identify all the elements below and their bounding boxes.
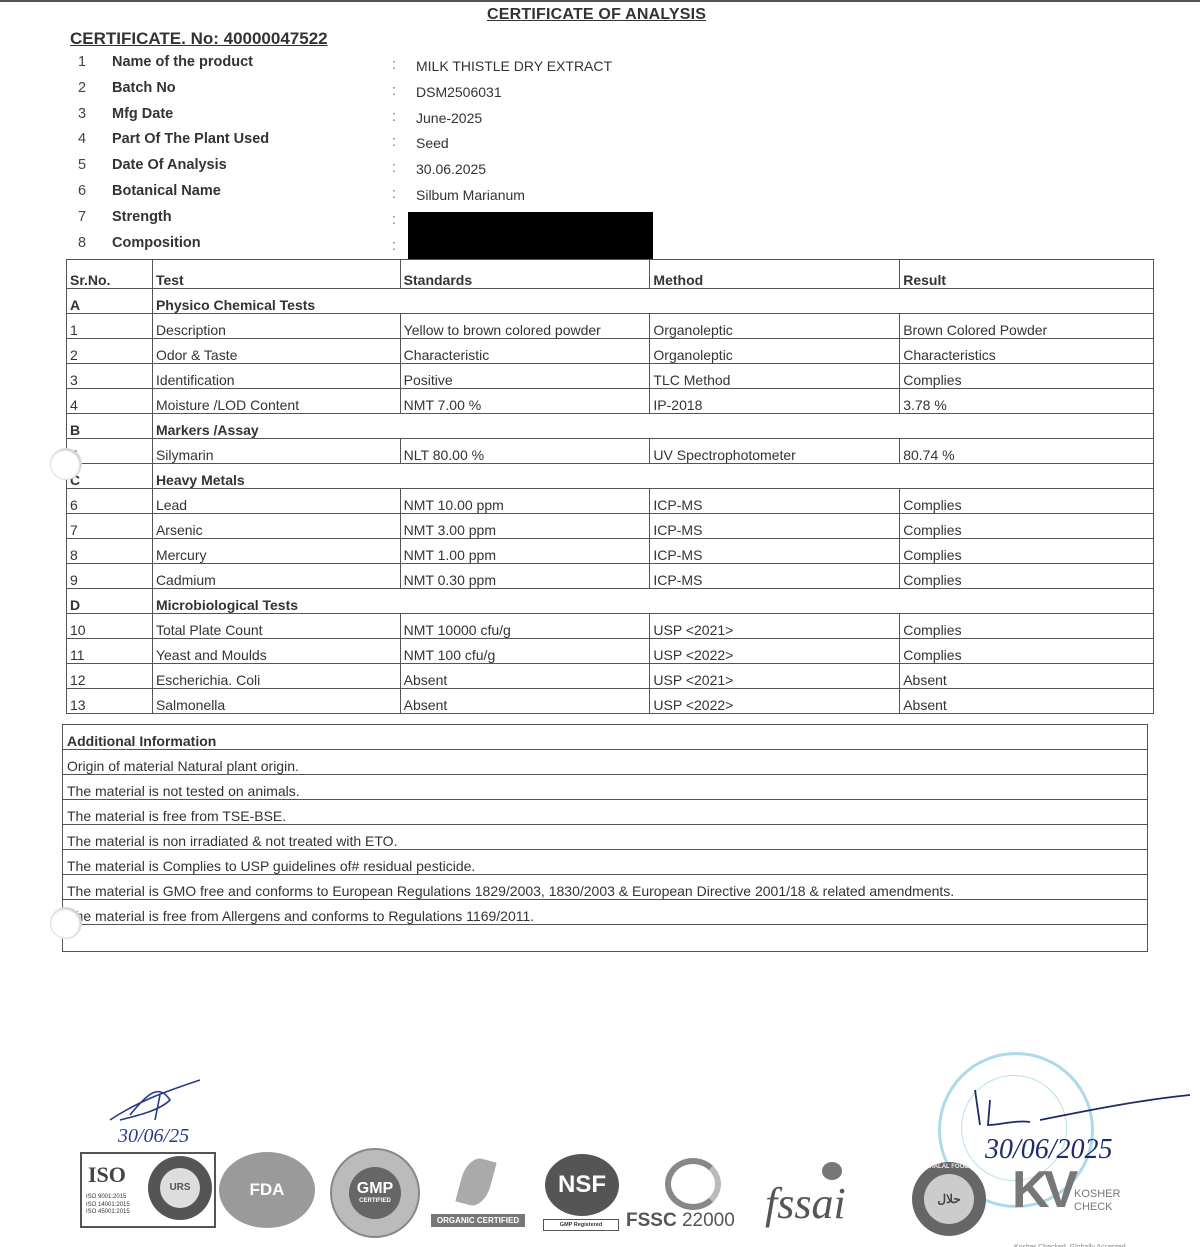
info-label: Botanical Name — [112, 183, 221, 199]
info-number: 4 — [78, 131, 86, 147]
cell-standard: NMT 1.00 ppm — [400, 539, 650, 564]
section-title: Heavy Metals — [152, 464, 1153, 489]
cell-standard: Yellow to brown colored powder — [400, 314, 650, 339]
additional-info-line: Origin of material Natural plant origin. — [63, 750, 1148, 775]
cell-result: Characteristics — [900, 339, 1154, 364]
info-label: Part Of The Plant Used — [112, 131, 269, 147]
info-value: Silbum Marianum — [416, 187, 525, 203]
iso-logo: ISO ISO 9001:2015 ISO 14001:2015 ISO 450… — [80, 1152, 216, 1228]
header-result: Result — [900, 260, 1154, 289]
cell-method: Organoleptic — [650, 314, 900, 339]
info-number: 2 — [78, 80, 86, 96]
cell-test: Description — [152, 314, 400, 339]
cell-method: ICP-MS — [650, 539, 900, 564]
fssai-logo: fssai — [765, 1178, 846, 1229]
cell-test: Moisture /LOD Content — [152, 389, 400, 414]
cell-standard: NLT 80.00 % — [400, 439, 650, 464]
additional-info-row: The material is GMO free and conforms to… — [63, 875, 1148, 900]
cell-result: Complies — [900, 639, 1154, 664]
section-title: Markers /Assay — [152, 414, 1153, 439]
cell-method: UV Spectrophotometer — [650, 439, 900, 464]
table-row: 13SalmonellaAbsentUSP <2022>Absent — [67, 689, 1154, 714]
table-header-row: Sr.No. Test Standards Method Result — [67, 260, 1154, 289]
info-number: 8 — [78, 235, 86, 251]
section-title: Physico Chemical Tests — [152, 289, 1153, 314]
additional-info-row: The material is non irradiated & not tre… — [63, 825, 1148, 850]
cell-sr-no: 3 — [67, 364, 153, 389]
additional-info-row: The material is Complies to USP guidelin… — [63, 850, 1148, 875]
additional-info-row: The material is free from Allergens and … — [63, 900, 1148, 925]
cell-standard: NMT 10000 cfu/g — [400, 614, 650, 639]
table-row: 7ArsenicNMT 3.00 ppmICP-MSComplies — [67, 514, 1154, 539]
table-row: 2Odor & TasteCharacteristicOrganolepticC… — [67, 339, 1154, 364]
certification-logos: ISO ISO 9001:2015 ISO 14001:2015 ISO 450… — [0, 1140, 1200, 1247]
additional-info-row: Origin of material Natural plant origin. — [63, 750, 1148, 775]
table-row: 6LeadNMT 10.00 ppmICP-MSComplies — [67, 489, 1154, 514]
additional-info-line: The material is not tested on animals. — [63, 775, 1148, 800]
cell-result: Absent — [900, 664, 1154, 689]
info-value: 30.06.2025 — [416, 161, 486, 177]
cell-method: ICP-MS — [650, 514, 900, 539]
cell-method: ICP-MS — [650, 564, 900, 589]
info-colon: : — [392, 238, 396, 254]
halal-logo: HALAL FOOD حلال — [912, 1162, 986, 1236]
cell-sr-no: 1 — [67, 314, 153, 339]
fda-logo: FDA — [219, 1152, 315, 1228]
section-title: Microbiological Tests — [152, 589, 1153, 614]
cell-sr-no: 8 — [67, 539, 153, 564]
cell-method: ICP-MS — [650, 489, 900, 514]
info-colon: : — [392, 57, 396, 73]
cell-result: Brown Colored Powder — [900, 314, 1154, 339]
fssc-ring-icon — [665, 1158, 721, 1210]
cell-standard: NMT 3.00 ppm — [400, 514, 650, 539]
info-label: Composition — [112, 235, 201, 251]
section-letter: A — [67, 289, 153, 314]
cell-sr-no: 2 — [67, 339, 153, 364]
info-row: 2Batch No:DSM2506031 — [70, 80, 770, 106]
table-row: 4Moisture /LOD ContentNMT 7.00 %IP-20183… — [67, 389, 1154, 414]
info-number: 1 — [78, 54, 86, 70]
info-row: 6Botanical Name:Silbum Marianum — [70, 183, 770, 209]
cell-method: USP <2022> — [650, 689, 900, 714]
info-label: Date Of Analysis — [112, 157, 227, 173]
cell-sr-no: 11 — [67, 639, 153, 664]
cell-standard: Absent — [400, 664, 650, 689]
additional-info-row: The material is not tested on animals. — [63, 775, 1148, 800]
cell-method: USP <2022> — [650, 639, 900, 664]
table-row: 3IdentificationPositiveTLC MethodComplie… — [67, 364, 1154, 389]
info-colon: : — [392, 160, 396, 176]
cell-test: Identification — [152, 364, 400, 389]
info-value: June-2025 — [416, 110, 482, 126]
nsf-gmp-registered: GMP Registered — [543, 1219, 619, 1231]
nsf-logo: NSF — [545, 1154, 619, 1216]
info-colon: : — [392, 212, 396, 228]
info-number: 3 — [78, 106, 86, 122]
redacted-block — [408, 212, 653, 259]
additional-info-line: The material is non irradiated & not tre… — [63, 825, 1148, 850]
document-title: CERTIFICATE OF ANALYSIS — [487, 6, 706, 24]
cell-sr-no: 10 — [67, 614, 153, 639]
header-standards: Standards — [400, 260, 650, 289]
cell-standard: NMT 0.30 ppm — [400, 564, 650, 589]
additional-information-table: Additional Information Origin of materia… — [62, 724, 1148, 952]
cell-test: Mercury — [152, 539, 400, 564]
info-number: 5 — [78, 157, 86, 173]
cell-test: Yeast and Moulds — [152, 639, 400, 664]
cell-sr-no: 4 — [67, 389, 153, 414]
info-row: 5Date Of Analysis:30.06.2025 — [70, 157, 770, 183]
organic-certified-logo: ORGANIC CERTIFIED — [431, 1154, 525, 1230]
table-row: 12Escherichia. ColiAbsentUSP <2021>Absen… — [67, 664, 1154, 689]
cell-sr-no: 9 — [67, 564, 153, 589]
info-label: Batch No — [112, 80, 176, 96]
info-label: Strength — [112, 209, 172, 225]
table-row: 10Total Plate CountNMT 10000 cfu/gUSP <2… — [67, 614, 1154, 639]
additional-info-line: The material is free from TSE-BSE. — [63, 800, 1148, 825]
cell-standard: NMT 7.00 % — [400, 389, 650, 414]
cell-method: USP <2021> — [650, 614, 900, 639]
table-row: 1DescriptionYellow to brown colored powd… — [67, 314, 1154, 339]
cell-method: Organoleptic — [650, 339, 900, 364]
cell-standard: Positive — [400, 364, 650, 389]
kosher-check-logo: KV KOSHERCHECK Kosher Checked. Globally … — [1012, 1160, 1142, 1240]
cell-result: Complies — [900, 564, 1154, 589]
cell-result: Absent — [900, 689, 1154, 714]
table-row: 11Yeast and MouldsNMT 100 cfu/gUSP <2022… — [67, 639, 1154, 664]
info-number: 6 — [78, 183, 86, 199]
info-number: 7 — [78, 209, 86, 225]
cell-result: Complies — [900, 489, 1154, 514]
cell-test: Total Plate Count — [152, 614, 400, 639]
cell-test: Arsenic — [152, 514, 400, 539]
header-method: Method — [650, 260, 900, 289]
cell-sr-no: 6 — [67, 489, 153, 514]
table-row: 9CadmiumNMT 0.30 ppmICP-MSComplies — [67, 564, 1154, 589]
info-colon: : — [392, 109, 396, 125]
section-letter: D — [67, 589, 153, 614]
cell-sr-no: 13 — [67, 689, 153, 714]
info-colon: : — [392, 186, 396, 202]
cell-test: Escherichia. Coli — [152, 664, 400, 689]
leaf-icon — [455, 1155, 496, 1209]
info-value: DSM2506031 — [416, 84, 502, 100]
punch-hole — [50, 448, 82, 480]
blank-row — [63, 925, 1148, 952]
table-row: 8MercuryNMT 1.00 ppmICP-MSComplies — [67, 539, 1154, 564]
gmp-logo: GMPCERTIFIED — [330, 1148, 420, 1238]
cell-result: Complies — [900, 514, 1154, 539]
cell-sr-no: 7 — [67, 514, 153, 539]
cell-result: 80.74 % — [900, 439, 1154, 464]
info-row: 1Name of the product:MILK THISTLE DRY EX… — [70, 54, 770, 80]
info-colon: : — [392, 83, 396, 99]
section-row: BMarkers /Assay — [67, 414, 1154, 439]
cell-method: IP-2018 — [650, 389, 900, 414]
section-row: DMicrobiological Tests — [67, 589, 1154, 614]
cell-test: Salmonella — [152, 689, 400, 714]
page-top-border — [0, 0, 1200, 2]
additional-info-line: The material is GMO free and conforms to… — [63, 875, 1148, 900]
cell-standard: NMT 100 cfu/g — [400, 639, 650, 664]
left-signature: 30/06/25 — [100, 1070, 230, 1150]
additional-info-line: The material is free from Allergens and … — [63, 900, 1148, 925]
additional-information-title: Additional Information — [63, 725, 1148, 750]
cell-standard: NMT 10.00 ppm — [400, 489, 650, 514]
cell-result: Complies — [900, 364, 1154, 389]
header-sr-no: Sr.No. — [67, 260, 153, 289]
cell-standard: Characteristic — [400, 339, 650, 364]
section-row: APhysico Chemical Tests — [67, 289, 1154, 314]
table-row: 5SilymarinNLT 80.00 %UV Spectrophotomete… — [67, 439, 1154, 464]
info-label: Mfg Date — [112, 106, 173, 122]
cell-sr-no: 12 — [67, 664, 153, 689]
cell-result: Complies — [900, 539, 1154, 564]
header-test: Test — [152, 260, 400, 289]
cell-standard: Absent — [400, 689, 650, 714]
section-row: CHeavy Metals — [67, 464, 1154, 489]
info-colon: : — [392, 134, 396, 150]
info-value: Seed — [416, 135, 449, 151]
certificate-number: CERTIFICATE. No: 40000047522 — [70, 29, 328, 49]
fssc-logo: FSSC 22000 — [626, 1210, 735, 1232]
cell-result: 3.78 % — [900, 389, 1154, 414]
cell-test: Odor & Taste — [152, 339, 400, 364]
punch-hole — [50, 907, 82, 939]
additional-info-row: The material is free from TSE-BSE. — [63, 800, 1148, 825]
info-value: MILK THISTLE DRY EXTRACT — [416, 58, 612, 74]
cell-method: USP <2021> — [650, 664, 900, 689]
info-label: Name of the product — [112, 54, 253, 70]
analysis-table: Sr.No. Test Standards Method Result APhy… — [66, 259, 1154, 714]
info-row: 3Mfg Date:June-2025 — [70, 106, 770, 132]
cell-test: Silymarin — [152, 439, 400, 464]
cell-method: TLC Method — [650, 364, 900, 389]
cell-result: Complies — [900, 614, 1154, 639]
section-letter: B — [67, 414, 153, 439]
cell-test: Cadmium — [152, 564, 400, 589]
additional-info-line: The material is Complies to USP guidelin… — [63, 850, 1148, 875]
cell-test: Lead — [152, 489, 400, 514]
info-row: 4Part Of The Plant Used:Seed — [70, 131, 770, 157]
